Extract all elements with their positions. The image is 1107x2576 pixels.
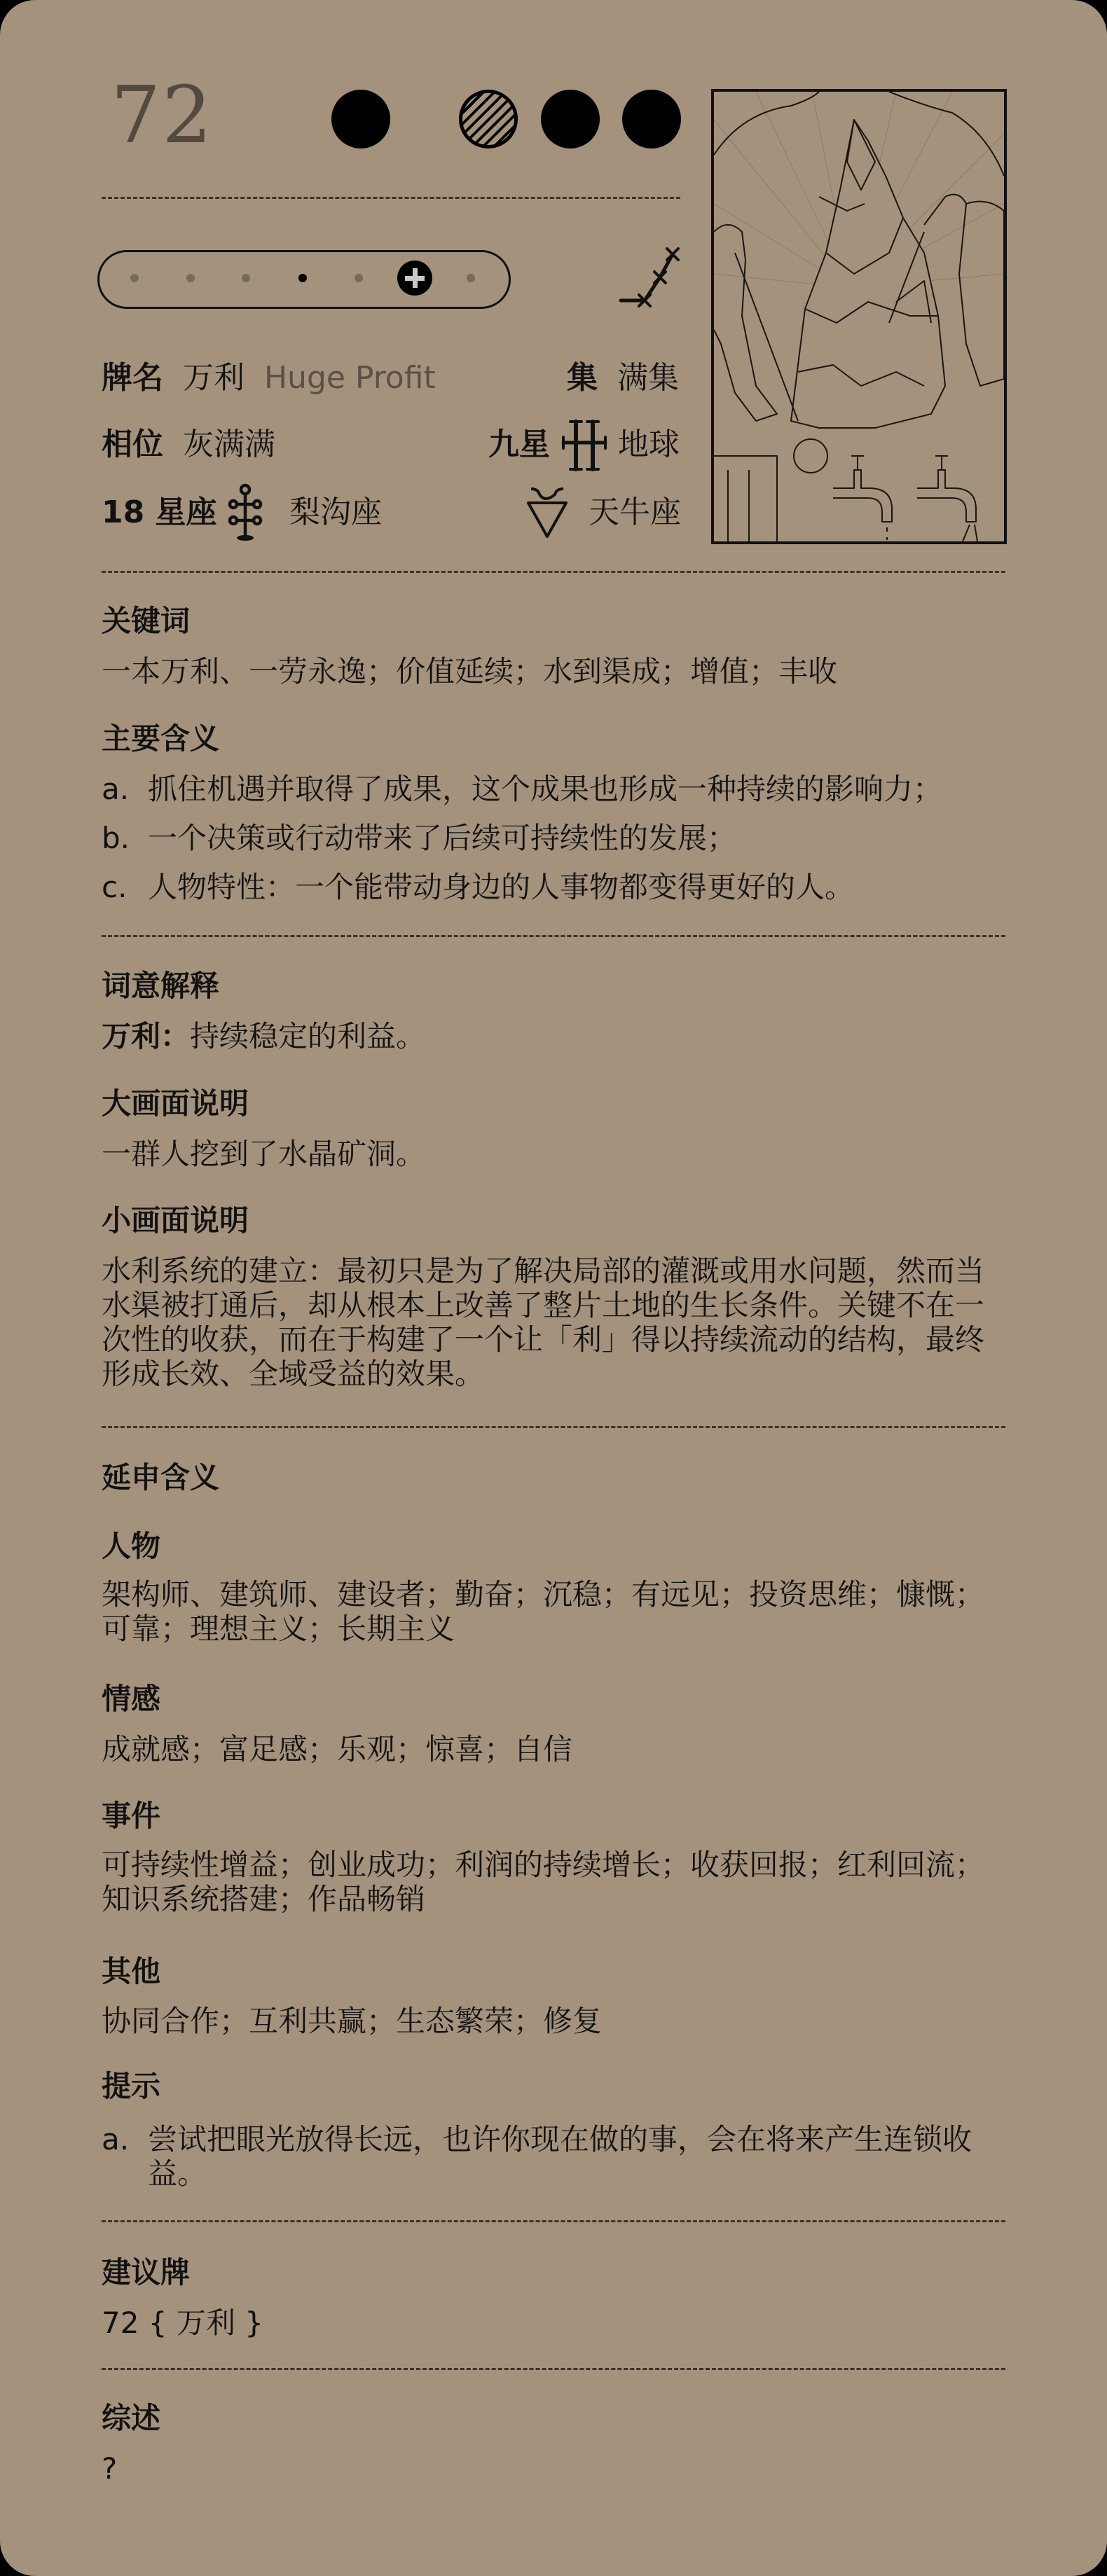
set-row: 集 满集 bbox=[567, 359, 679, 398]
card-illustration bbox=[711, 89, 1007, 544]
suggested-title: 建议牌 bbox=[102, 2255, 1005, 2290]
summary-section: 综述 ? bbox=[102, 2401, 1005, 2486]
moon-full-icon bbox=[541, 90, 600, 148]
extended-title: 延申含义 bbox=[102, 1460, 1005, 1495]
list-item: c. 人物特性：一个能带动身边的人事物都变得更好的人。 bbox=[102, 870, 1005, 904]
nine-star-value: 地球 bbox=[618, 427, 680, 462]
crystal-mine-illustration bbox=[714, 92, 1004, 541]
people-text: 架构师、建筑师、建设者；勤奋；沉稳；有远见；投资思维；慷慨；可靠；理想主义；长期… bbox=[102, 1577, 1005, 1646]
big-picture-text: 一群人挖到了水晶矿洞。 bbox=[102, 1137, 1005, 1171]
tips-title: 提示 bbox=[102, 2069, 1005, 2104]
slider-dot[interactable] bbox=[242, 274, 250, 282]
zodiac18-value-wrap: 梨沟座 bbox=[289, 493, 382, 532]
word-meaning-text: 万利：持续稳定的利益。 bbox=[102, 1019, 1005, 1053]
list-marker: a. bbox=[102, 772, 148, 806]
slider-dot[interactable] bbox=[186, 274, 195, 282]
taurus-glyph-icon bbox=[524, 485, 570, 541]
main-meaning-title: 主要含义 bbox=[102, 721, 1005, 756]
word-definition: 持续稳定的利益。 bbox=[190, 1019, 425, 1053]
nine-star-label-wrap: 九星 bbox=[488, 425, 550, 464]
divider bbox=[102, 1426, 1005, 1428]
card-number: 72 bbox=[111, 70, 214, 161]
word-meaning-section: 词意解释 万利：持续稳定的利益。 bbox=[102, 969, 1005, 1053]
plus-icon[interactable] bbox=[397, 261, 432, 296]
zodiac18-label-wrap: 18 星座 bbox=[102, 493, 217, 532]
tips-section: 提示 a. 尝试把眼光放得长远，也许你现在做的事，会在将来产生连锁收益。 bbox=[102, 2069, 1005, 2191]
plough-glyph-icon bbox=[228, 483, 263, 542]
emotion-section: 情感 成就感；富足感；乐观；惊喜；自信 bbox=[102, 1682, 1005, 1766]
divider bbox=[102, 2368, 1005, 2370]
zodiac12-value-wrap: 天牛座 bbox=[589, 493, 681, 532]
card-name-en: Huge Profit bbox=[264, 360, 436, 396]
nine-star-label: 九星 bbox=[488, 427, 550, 462]
extended-section: 延申含义 bbox=[102, 1460, 1005, 1495]
moon-full-icon bbox=[622, 90, 681, 148]
set-label: 集 bbox=[567, 360, 598, 396]
card-name-label: 牌名 bbox=[102, 360, 163, 396]
divider bbox=[102, 935, 1005, 937]
slider-dot-active[interactable] bbox=[298, 274, 307, 282]
constellation-icon bbox=[610, 242, 687, 312]
list-marker: b. bbox=[102, 821, 148, 855]
suggested-card-link[interactable]: 72 { 万利 } bbox=[102, 2306, 1005, 2340]
suggested-section: 建议牌 72 { 万利 } bbox=[102, 2255, 1005, 2340]
small-picture-text: 水利系统的建立：最初只是为了解决局部的灌溉或用水问题，然而当水渠被打通后，却从根… bbox=[102, 1254, 1005, 1391]
event-title: 事件 bbox=[102, 1799, 1005, 1834]
keywords-section: 关键词 一本万利、一劳永逸；价值延续；水到渠成；增值；丰收 bbox=[102, 604, 1005, 688]
zodiac18-label: 18 星座 bbox=[102, 494, 217, 530]
slider-dot[interactable] bbox=[130, 274, 139, 282]
emotion-title: 情感 bbox=[102, 1682, 1005, 1717]
word-meaning-title: 词意解释 bbox=[102, 969, 1005, 1004]
big-picture-section: 大画面说明 一群人挖到了水晶矿洞。 bbox=[102, 1086, 1005, 1171]
nine-star-value-wrap: 地球 bbox=[618, 425, 680, 464]
other-section: 其他 协同合作；互利共赢；生态繁荣；修复 bbox=[102, 1954, 1005, 2038]
other-title: 其他 bbox=[102, 1954, 1005, 1989]
keywords-title: 关键词 bbox=[102, 604, 1005, 639]
list-item: b. 一个决策或行动带来了后续可持续性的发展； bbox=[102, 821, 1005, 855]
list-text: 一个决策或行动带来了后续可持续性的发展； bbox=[148, 821, 736, 855]
list-item: a. 抓住机遇并取得了成果，这个成果也形成一种持续的影响力； bbox=[102, 772, 1005, 806]
aspect-value: 灰满满 bbox=[183, 427, 275, 462]
other-text: 协同合作；互利共赢；生态繁荣；修复 bbox=[102, 2004, 1005, 2038]
small-picture-section: 小画面说明 水利系统的建立：最初只是为了解决局部的灌溉或用水问题，然而当水渠被打… bbox=[102, 1203, 1005, 1391]
moon-hatched-icon bbox=[459, 90, 518, 148]
list-item: a. 尝试把眼光放得长远，也许你现在做的事，会在将来产生连锁收益。 bbox=[102, 2122, 1005, 2191]
aspect-label: 相位 bbox=[102, 427, 163, 462]
list-text: 人物特性：一个能带动身边的人事物都变得更好的人。 bbox=[148, 870, 854, 904]
summary-text: ? bbox=[102, 2451, 1005, 2486]
divider bbox=[102, 197, 680, 199]
list-marker: a. bbox=[102, 2122, 148, 2191]
event-section: 事件 可持续性增益；创业成功；利润的持续增长；收获回报；红利回流；知识系统搭建；… bbox=[102, 1799, 1005, 1916]
earth-glyph-icon bbox=[561, 417, 608, 473]
card: 72 牌名 万利 Huge Profit 集 满集 bbox=[0, 0, 1107, 2576]
word-term: 万利： bbox=[102, 1019, 190, 1053]
zodiac12-value: 天牛座 bbox=[589, 494, 681, 530]
summary-title: 综述 bbox=[102, 2401, 1005, 2436]
list-marker: c. bbox=[102, 870, 148, 904]
divider bbox=[102, 2220, 1005, 2222]
set-value: 满集 bbox=[617, 360, 679, 396]
emotion-text: 成就感；富足感；乐观；惊喜；自信 bbox=[102, 1732, 1005, 1766]
card-name-row: 牌名 万利 Huge Profit bbox=[102, 359, 436, 398]
aspect-row: 相位 灰满满 bbox=[102, 425, 275, 464]
people-title: 人物 bbox=[102, 1529, 1005, 1564]
event-text: 可持续性增益；创业成功；利润的持续增长；收获回报；红利回流；知识系统搭建；作品畅… bbox=[102, 1848, 1005, 1916]
card-name-cn: 万利 bbox=[183, 360, 245, 396]
people-section: 人物 架构师、建筑师、建设者；勤奋；沉稳；有远见；投资思维；慷慨；可靠；理想主义… bbox=[102, 1529, 1005, 1646]
list-text: 抓住机遇并取得了成果，这个成果也形成一种持续的影响力； bbox=[148, 772, 942, 806]
moon-full-icon bbox=[331, 90, 390, 148]
list-text: 尝试把眼光放得长远，也许你现在做的事，会在将来产生连锁收益。 bbox=[148, 2122, 1005, 2191]
big-picture-title: 大画面说明 bbox=[102, 1086, 1005, 1121]
slider-dot[interactable] bbox=[355, 274, 363, 282]
slider-dot[interactable] bbox=[467, 274, 475, 282]
small-picture-title: 小画面说明 bbox=[102, 1203, 1005, 1238]
zodiac18-value: 梨沟座 bbox=[289, 494, 382, 530]
keywords-text: 一本万利、一劳永逸；价值延续；水到渠成；增值；丰收 bbox=[102, 654, 1005, 688]
divider bbox=[102, 571, 1005, 573]
main-meaning-section: 主要含义 a. 抓住机遇并取得了成果，这个成果也形成一种持续的影响力； b. 一… bbox=[102, 721, 1005, 904]
